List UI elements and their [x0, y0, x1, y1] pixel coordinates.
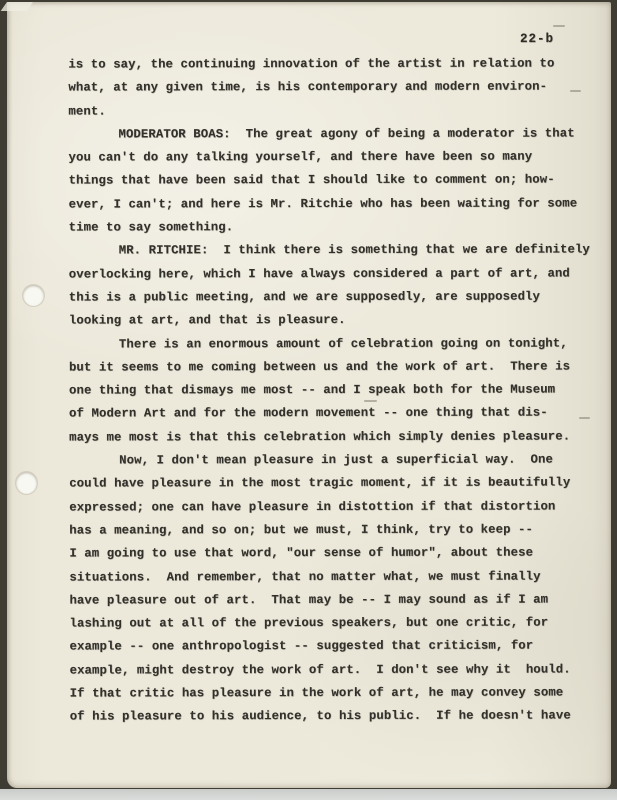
- punch-hole-bottom: [16, 472, 37, 494]
- typed-line: situations. And remember, that no matter…: [69, 565, 581, 589]
- typed-line: MR. RITCHIE: I think there is something …: [69, 239, 581, 263]
- pencil-mark: [570, 90, 581, 92]
- typed-line: MODERATOR BOAS: The great agony of being…: [68, 122, 580, 146]
- typed-line: but it seems to me coming between us and…: [69, 355, 581, 379]
- typed-line: I am going to use that word, "our sense …: [69, 542, 581, 566]
- typed-line: There is an enormous amount of celebrati…: [69, 332, 581, 356]
- typed-line: Now, I don't mean pleasure in just a sup…: [69, 449, 581, 473]
- punch-hole-top: [23, 285, 44, 306]
- typed-line: example -- one anthropologist -- suggest…: [70, 635, 582, 659]
- pencil-mark: [579, 417, 590, 419]
- typed-line: time to say something.: [69, 216, 581, 240]
- pencil-mark: [553, 25, 565, 27]
- typed-line: this is a public meeting, and we are sup…: [69, 285, 581, 309]
- typed-line: looking at art, and that is pleasure.: [69, 309, 581, 333]
- typed-line: things that have been said that I should…: [69, 169, 581, 193]
- typed-line: what, at any given time, is his contempo…: [68, 76, 580, 100]
- typed-line: overlocking here, which I have always co…: [69, 262, 581, 286]
- typed-line: mays me most is that this celebration wh…: [69, 425, 581, 449]
- typed-line: one thing that dismays me most -- and I …: [69, 379, 581, 403]
- typed-line: of his pleasure to his audience, to his …: [70, 705, 582, 729]
- typed-line: example, might destroy the work of art. …: [70, 658, 582, 682]
- pencil-mark: [364, 400, 377, 402]
- typed-line: has a meaning, and so on; but we must, I…: [69, 518, 581, 542]
- typed-line: of Modern Art and for the modern movemen…: [69, 402, 581, 426]
- paper-sheet: 22-b is to say, the continuing innovatio…: [7, 2, 611, 788]
- paper-corner-notch: [1, 2, 33, 11]
- page-number: 22-b: [520, 32, 554, 46]
- typed-line: If that critic has pleasure in the work …: [70, 681, 582, 705]
- typed-line: lashing out at all of the previous speak…: [69, 612, 581, 636]
- typed-line: ever, I can't; and here is Mr. Ritchie w…: [69, 192, 581, 216]
- typed-line: ment.: [68, 99, 580, 123]
- typed-text-block: is to say, the continuing innovation of …: [68, 52, 581, 729]
- typed-line: have pleasure out of art. That may be --…: [69, 588, 581, 612]
- typed-line: you can't do any talking yourself, and t…: [68, 146, 580, 170]
- typed-line: could have pleasure in the most tragic m…: [69, 472, 581, 496]
- typed-line: is to say, the continuing innovation of …: [68, 52, 580, 76]
- typed-line: expressed; one can have pleasure in dist…: [69, 495, 581, 519]
- scanned-typescript-page: 22-b is to say, the continuing innovatio…: [0, 0, 617, 800]
- scanner-bed-strip: [0, 789, 617, 800]
